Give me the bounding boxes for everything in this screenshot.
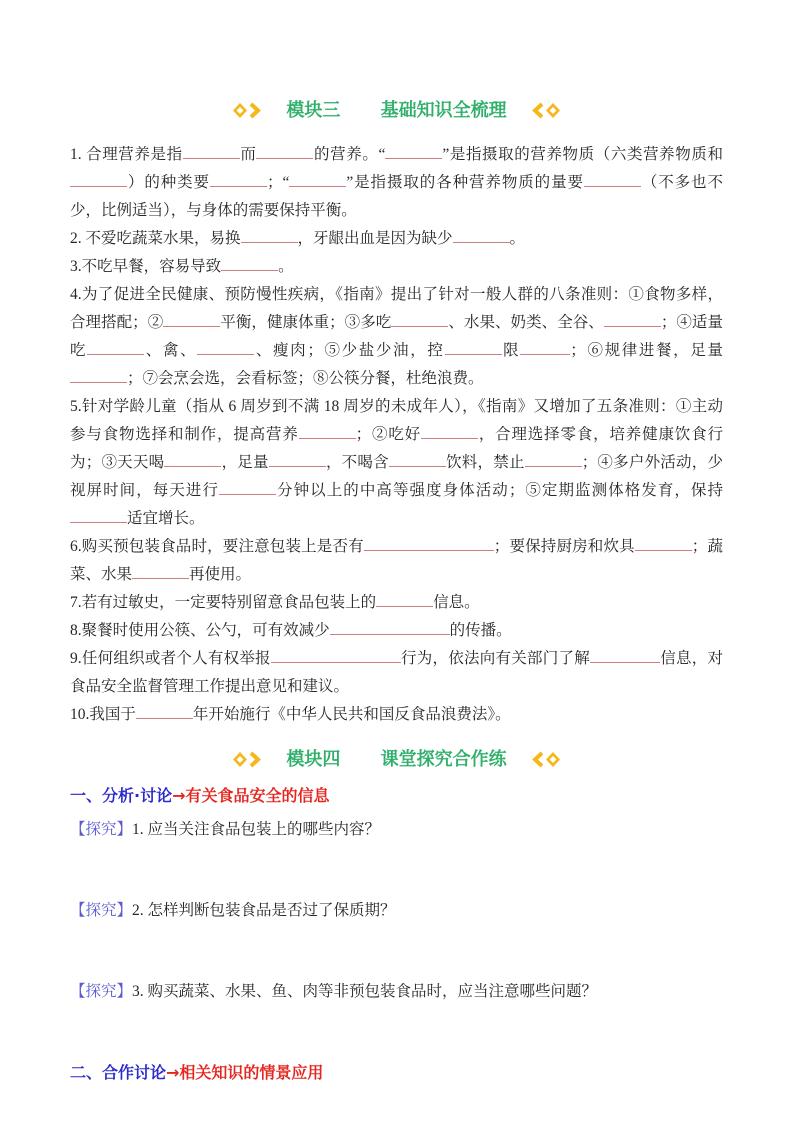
answer-blank xyxy=(70,507,127,523)
text-run: 8.聚餐时使用公筷、公勺，可有效减少 xyxy=(70,622,330,639)
answer-blank xyxy=(289,171,346,187)
module3-heading-text: 基础知识全梳理 xyxy=(381,100,507,121)
section2-heading: 二、合作讨论→相关知识的情景应用 xyxy=(70,1059,723,1087)
text-run: 9.任何组织或者个人有权举报 xyxy=(70,650,271,667)
fill-blank-paragraph: 4.为了促进全民健康、预防慢性疾病，《指南》提出了针对一般人群的八条准则：①食物… xyxy=(70,281,723,393)
answer-blank xyxy=(164,451,221,467)
diamond-chevron-right-icon xyxy=(232,748,262,778)
explore-question: 1. 应当关注食品包装上的哪些内容？ xyxy=(132,821,380,838)
text-run: 而 xyxy=(240,146,257,163)
answer-blank xyxy=(330,619,450,635)
explore-question: 3. 购买蔬菜、水果、鱼、肉等非预包装食品时，应当注意哪些问题？ xyxy=(132,983,597,1000)
answer-blank xyxy=(271,647,401,663)
text-run: ，不喝含 xyxy=(326,454,389,471)
text-run: 平衡，健康体重；③多吃 xyxy=(220,314,391,331)
text-run: 有关食品安全的信息 xyxy=(186,786,330,805)
module3-title: 模块三 基础知识全梳理 xyxy=(70,96,723,129)
fill-blank-paragraph: 8.聚餐时使用公筷、公勺，可有效减少的传播。 xyxy=(70,617,723,645)
explore-item-3: 【探究】3. 购买蔬菜、水果、鱼、肉等非预包装食品时，应当注意哪些问题？ xyxy=(70,978,723,1006)
text-run: 的传播。 xyxy=(450,622,512,639)
answer-blank xyxy=(421,423,478,439)
fill-blank-list: 1. 合理营养是指而的营养。“”是指摄取的营养物质（六类营养物质和）的种类要；“… xyxy=(70,141,723,729)
fill-blank-paragraph: 5.针对学龄儿童（指从 6 周岁到不满 18 周岁的未成年人），《指南》又增加了… xyxy=(70,393,723,533)
explore-item-2: 【探究】2. 怎样判断包装食品是否过了保质期？ xyxy=(70,897,723,925)
answer-blank xyxy=(635,535,692,551)
answer-blank xyxy=(256,143,313,159)
text-run: ”是指摄取的营养物质（六类营养物质和 xyxy=(442,146,723,163)
text-run: 、瘦肉；⑤少盐少油，控 xyxy=(254,342,444,359)
answer-blank xyxy=(269,451,326,467)
text-run: 3.不吃早餐，容易导致 xyxy=(70,258,221,275)
fill-blank-paragraph: 6.购买预包装食品时，要注意包装上是否有；要保持厨房和炊具；蔬菜、水果再使用。 xyxy=(70,533,723,589)
answer-blank xyxy=(221,255,278,271)
fill-blank-paragraph: 10.我国于年开始施行《中华人民共和国反食品浪费法》。 xyxy=(70,701,723,729)
text-run: ；⑦会烹会选，会看标签；⑧公筷分餐，杜绝浪费。 xyxy=(127,370,484,387)
text-run: 。 xyxy=(278,258,294,275)
answer-blank xyxy=(163,311,220,327)
answer-blank xyxy=(136,703,193,719)
text-run: ，牙龈出血是因为缺少 xyxy=(298,230,453,247)
fill-blank-paragraph: 7.若有过敏史，一定要特别留意食品包装上的信息。 xyxy=(70,589,723,617)
answer-blank xyxy=(183,143,240,159)
text-run: ，足量 xyxy=(221,454,268,471)
module4-title: 模块四 课堂探究合作练 xyxy=(70,745,723,778)
text-run: → xyxy=(172,786,185,805)
explore-tag: 【探究】 xyxy=(70,821,132,838)
text-run: 1. 合理营养是指 xyxy=(70,146,183,163)
answer-blank xyxy=(445,339,502,355)
text-run: 饮料，禁止 xyxy=(446,454,525,471)
answer-blank xyxy=(87,339,144,355)
fill-blank-paragraph: 1. 合理营养是指而的营养。“”是指摄取的营养物质（六类营养物质和）的种类要；“… xyxy=(70,141,723,225)
answer-blank xyxy=(70,367,127,383)
answer-blank xyxy=(132,563,189,579)
text-run: 的营养。“ xyxy=(313,146,385,163)
answer-blank xyxy=(520,339,570,355)
fill-blank-paragraph: 3.不吃早餐，容易导致。 xyxy=(70,253,723,281)
fill-blank-paragraph: 9.任何组织或者个人有权举报行为，依法向有关部门了解信息，对食品安全监督管理工作… xyxy=(70,645,723,701)
text-run: 、禽、 xyxy=(144,342,197,359)
answer-blank xyxy=(241,227,298,243)
text-run: ；②吃好 xyxy=(356,426,421,443)
answer-blank xyxy=(391,311,448,327)
text-run: 分钟以上的中高等强度身体活动；⑤定期监测体格发育，保持 xyxy=(276,482,723,499)
answer-blank xyxy=(584,171,641,187)
text-run: ；要保持厨房和炊具 xyxy=(494,538,635,555)
text-run: 7.若有过敏史，一定要特别留意食品包装上的 xyxy=(70,594,376,611)
answer-blank xyxy=(210,171,267,187)
answer-blank xyxy=(197,339,254,355)
answer-blank xyxy=(376,591,433,607)
answer-blank xyxy=(525,451,582,467)
text-run: ”是指摄取的各种营养物质的量要 xyxy=(346,174,584,191)
answer-blank xyxy=(70,171,127,187)
diamond-chevron-right-icon xyxy=(232,99,262,129)
text-run: 相关知识的情景应用 xyxy=(179,1063,323,1082)
module4-heading-text: 课堂探究合作练 xyxy=(381,749,507,770)
text-run: ；⑥规律进餐，足量 xyxy=(570,342,723,359)
text-run: 信息。 xyxy=(433,594,480,611)
explore-tag: 【探究】 xyxy=(70,902,132,919)
module3-label: 模块三 xyxy=(286,100,340,121)
text-run: ；“ xyxy=(267,174,289,191)
answer-blank xyxy=(604,311,661,327)
answer-blank xyxy=(219,479,276,495)
answer-blank xyxy=(389,451,446,467)
text-run: → xyxy=(166,1063,179,1082)
worksheet-page: 模块三 基础知识全梳理 1. 合理营养是指而的营养。“”是指摄取的营养物质（六类… xyxy=(0,0,793,1122)
text-run: 、水果、奶类、全谷、 xyxy=(448,314,604,331)
explore-tag: 【探究】 xyxy=(70,983,132,1000)
text-run: ）的种类要 xyxy=(127,174,210,191)
fill-blank-paragraph: 2. 不爱吃蔬菜水果，易换，牙龈出血是因为缺少。 xyxy=(70,225,723,253)
text-run: 二、合作讨论 xyxy=(70,1063,166,1082)
answer-blank xyxy=(364,535,494,551)
text-run: 年开始施行《中华人民共和国反食品浪费法》。 xyxy=(193,706,511,723)
explore-list: 【探究】1. 应当关注食品包装上的哪些内容？ 【探究】2. 怎样判断包装食品是否… xyxy=(70,816,723,1006)
section1-heading: 一、分析·讨论→有关食品安全的信息 xyxy=(70,782,723,810)
text-run: 。 xyxy=(510,230,526,247)
text-run: 6.购买预包装食品时，要注意包装上是否有 xyxy=(70,538,364,555)
text-run: 适宜增长。 xyxy=(127,510,205,527)
chevron-left-diamond-icon xyxy=(531,748,561,778)
explore-item-1: 【探究】1. 应当关注食品包装上的哪些内容？ xyxy=(70,816,723,844)
text-run: 限 xyxy=(502,342,521,359)
answer-blank xyxy=(453,227,510,243)
text-run: 再使用。 xyxy=(189,566,251,583)
text-run: 10.我国于 xyxy=(70,706,136,723)
explore-question: 2. 怎样判断包装食品是否过了保质期？ xyxy=(132,902,396,919)
module4-label: 模块四 xyxy=(286,749,340,770)
answer-blank xyxy=(590,647,660,663)
answer-blank xyxy=(299,423,356,439)
answer-blank xyxy=(385,143,442,159)
text-run: 2. 不爱吃蔬菜水果，易换 xyxy=(70,230,241,247)
text-run: 行为，依法向有关部门了解 xyxy=(401,650,590,667)
text-run: 一、分析·讨论 xyxy=(70,786,172,805)
chevron-left-diamond-icon xyxy=(531,99,561,129)
